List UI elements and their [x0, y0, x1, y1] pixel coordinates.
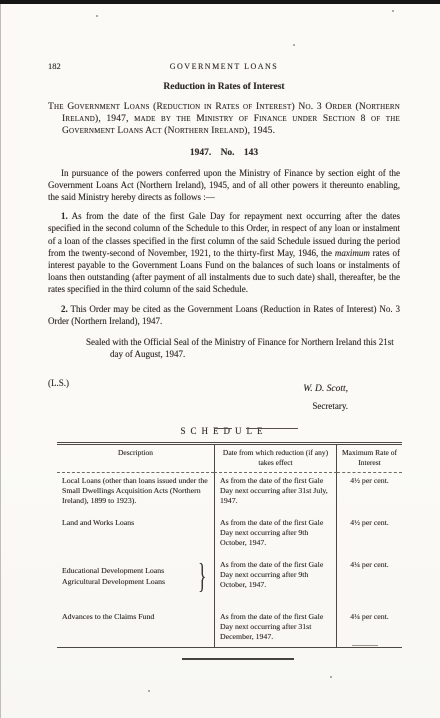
grouping-brace: } [198, 558, 206, 597]
row-claims-fund-rate: 4¼ per cent. [337, 609, 402, 647]
signatory-name: W. D. Scott, [303, 384, 348, 394]
page-number: 182 [48, 61, 108, 71]
row-development-loans-rate: 4¼ per cent. [337, 557, 402, 609]
scanned-document-page: 182 GOVERNMENT LOANS Reduction in Rates … [0, 0, 440, 718]
seal-mark: (L.S.) [48, 378, 69, 388]
scan-speck [96, 15, 98, 17]
scan-artifact-dash [352, 645, 378, 646]
column-header-description: Description [57, 445, 214, 473]
column-header-rate: Maximum Rate of Interest [337, 445, 402, 473]
row-development-loans-description: Educational Development Loans Agricultur… [57, 557, 214, 609]
clause-2-number: 2. [61, 304, 68, 314]
end-of-document-rule [182, 658, 294, 660]
document-body: Reduction in Rates of Interest The Gover… [48, 82, 400, 648]
signatory-title: Secretary. [272, 401, 348, 411]
paragraph-clause-1: 1. As from the date of the first Gale Da… [48, 210, 400, 295]
development-loans-line-agricultural: Agricultural Development Loans [62, 577, 197, 587]
signature-block: W. D. Scott, Secretary. [69, 378, 400, 414]
order-number: 1947. No. 143 [48, 148, 400, 158]
scan-top-border [0, 0, 440, 4]
schedule-table: Description Date from which reduction (i… [57, 442, 402, 648]
paragraph-intro: In pursuance of the powers conferred upo… [48, 167, 400, 204]
row-local-loans-date: As from the date of the first Gale Day n… [214, 473, 337, 515]
scan-artifact-dash [246, 428, 298, 429]
column-header-date: Date from which reduction (if any) takes… [214, 445, 337, 473]
clause-2-text: This Order may be cited as the Governmen… [48, 304, 400, 326]
development-loans-line-educational: Educational Development Loans [62, 566, 197, 576]
row-land-works-rate: 4½ per cent. [337, 515, 402, 557]
scan-artifact-dash [214, 428, 232, 429]
row-local-loans-rate: 4½ per cent. [337, 473, 402, 515]
row-development-loans-date: As from the date of the first Gale Day n… [214, 557, 337, 609]
paragraph-clause-2: 2. This Order may be cited as the Govern… [48, 303, 400, 327]
sealed-paragraph: Sealed with the Official Seal of the Min… [48, 336, 400, 360]
row-land-works-date: As from the date of the first Gale Day n… [214, 515, 337, 557]
scan-speck [148, 690, 150, 692]
document-heading: Reduction in Rates of Interest [48, 82, 400, 92]
order-title: The Government Loans (Reduction in Rates… [48, 101, 400, 138]
scan-speck [293, 44, 295, 46]
row-claims-fund-description: Advances to the Claims Fund [57, 609, 214, 647]
row-claims-fund-date: As from the date of the first Gale Day n… [214, 609, 337, 647]
running-header: 182 GOVERNMENT LOANS [48, 61, 400, 71]
scan-left-edge [0, 4, 1, 718]
row-land-works-description: Land and Works Loans [57, 515, 214, 557]
running-header-title: GOVERNMENT LOANS [108, 62, 340, 71]
scan-speck [392, 10, 394, 12]
clause-1-italic-word: maximum [335, 248, 370, 258]
scan-speck [330, 676, 332, 678]
row-local-loans-description: Local Loans (other than loans issued und… [57, 473, 214, 515]
signature-row: (L.S.) W. D. Scott, Secretary. [48, 378, 400, 414]
clause-1-number: 1. [61, 211, 68, 221]
